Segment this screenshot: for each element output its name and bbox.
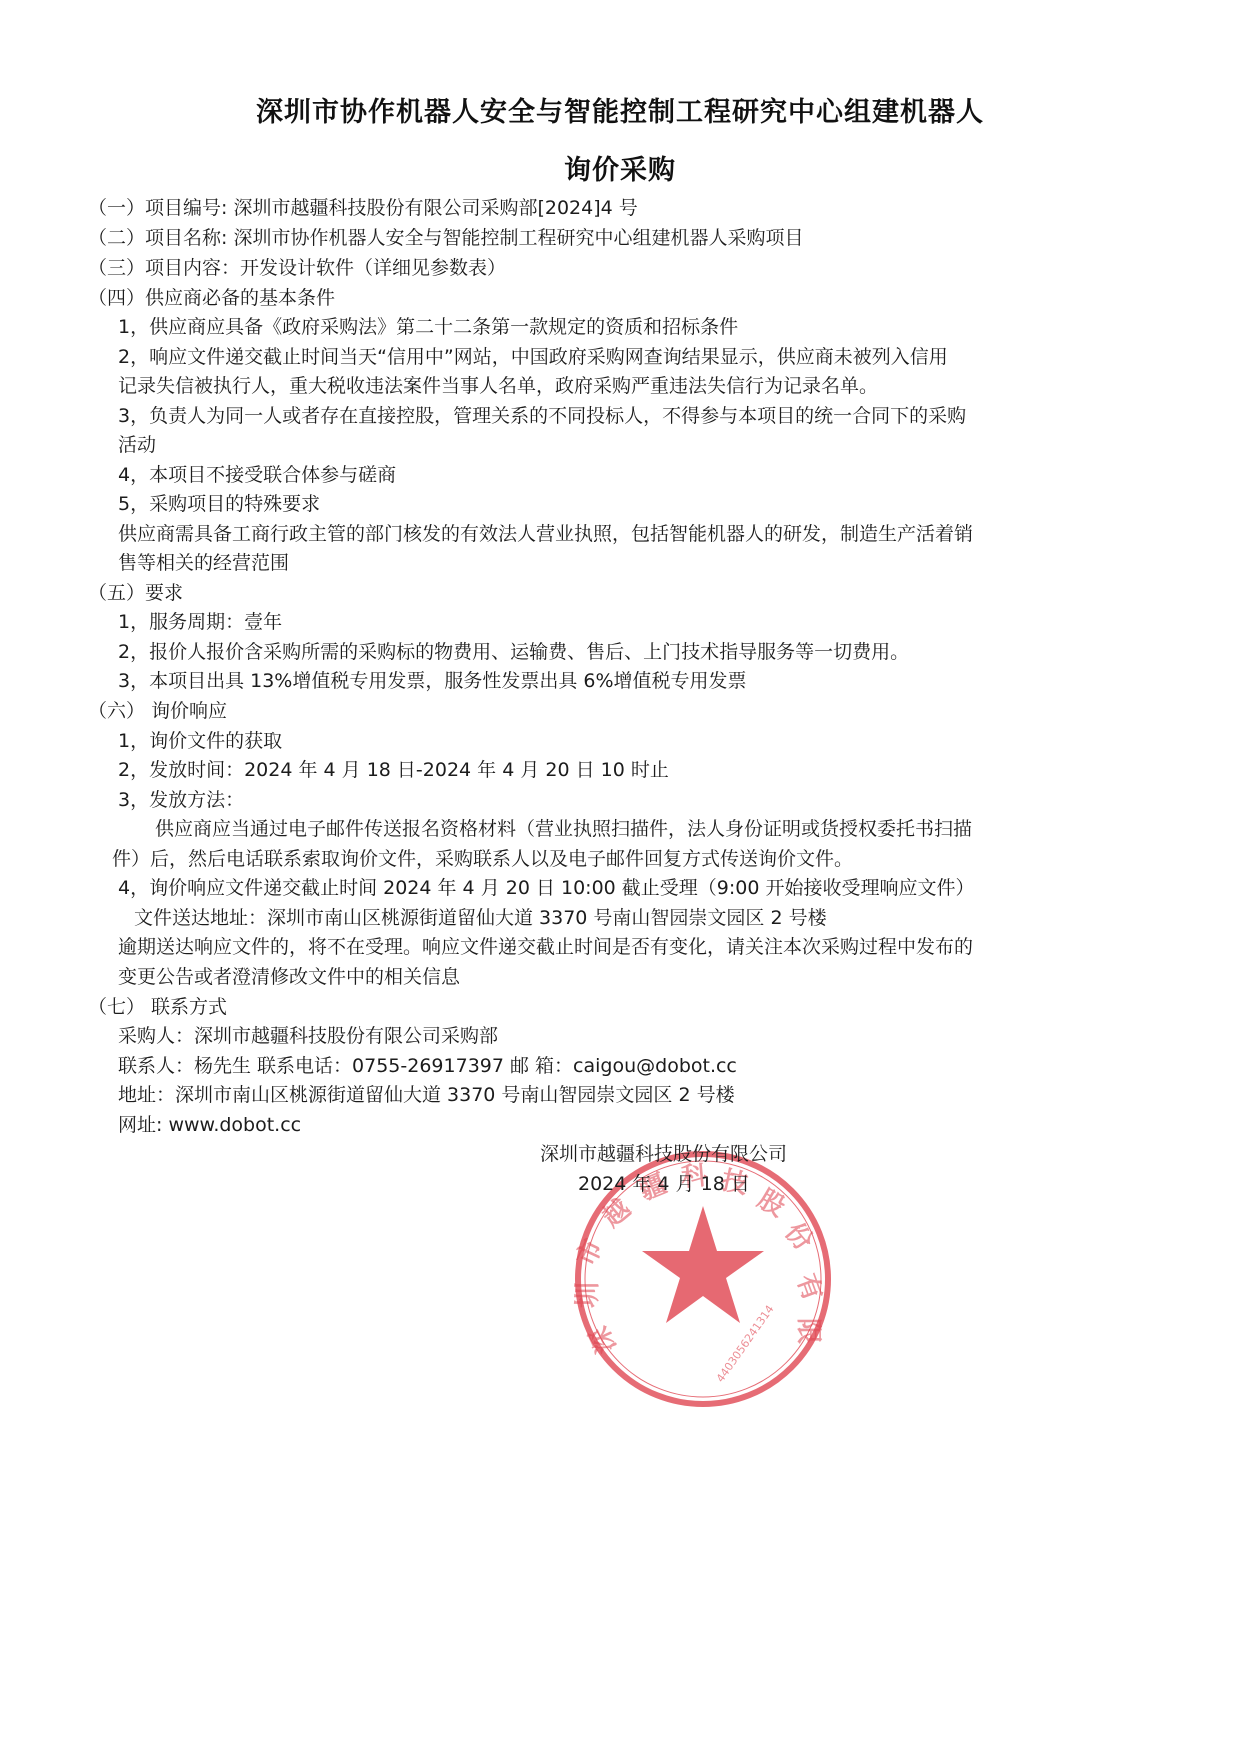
condition-2-line2: 记录失信被执行人，重大税收违法案件当事人名单，政府采购严重违法失信行为记录名单。 <box>118 372 878 400</box>
response-3-detail-line2: 件）后，然后电话联系索取询价文件，采购联系人以及电子邮件回复方式传送询价文件。 <box>112 845 853 873</box>
section-project-content: （三）项目内容：开发设计软件（详细见参数表） <box>88 254 506 282</box>
section-requirements: （五）要求 <box>88 579 183 607</box>
response-2: 2，发放时间：2024 年 4 月 18 日-2024 年 4 月 20 日 1… <box>118 756 669 784</box>
section-supplier-conditions: （四）供应商必备的基本条件 <box>88 284 335 312</box>
response-3-detail-line1: 供应商应当通过电子邮件传送报名资格材料（营业执照扫描件，法人身份证明或货授权委托… <box>155 815 972 843</box>
section-inquiry-response: （六） 询价响应 <box>88 697 227 725</box>
requirement-2: 2，报价人报价含采购所需的采购标的物费用、运输费、售后、上门技术指导服务等一切费… <box>118 638 909 666</box>
condition-5-detail-line2: 售等相关的经营范围 <box>118 549 289 577</box>
response-4-note-line2: 变更公告或者澄清修改文件中的相关信息 <box>118 963 460 991</box>
svg-text:圳: 圳 <box>573 1282 603 1308</box>
signature-company: 深圳市越疆科技股份有限公司 <box>540 1140 787 1168</box>
section-contact: （七） 联系方式 <box>88 993 227 1021</box>
response-3: 3，发放方法： <box>118 786 244 814</box>
svg-text:4403056241314: 4403056241314 <box>714 1303 777 1385</box>
document-title-line1: 深圳市协作机器人安全与智能控制工程研究中心组建机器人 <box>0 90 1240 129</box>
response-4-address: 文件送达地址：深圳市南山区桃源街道留仙大道 3370 号南山智园崇文园区 2 号… <box>134 904 827 932</box>
response-4: 4，询价响应文件递交截止时间 2024 年 4 月 20 日 10:00 截止受… <box>118 874 975 902</box>
condition-1: 1，供应商应具备《政府采购法》第二十二条第一款规定的资质和招标条件 <box>118 313 738 341</box>
condition-5-detail-line1: 供应商需具备工商行政主管的部门核发的有效法人营业执照，包括智能机器人的研发，制造… <box>118 520 973 548</box>
contact-address: 地址：深圳市南山区桃源街道留仙大道 3370 号南山智园崇文园区 2 号楼 <box>118 1081 735 1109</box>
svg-text:股: 股 <box>753 1184 791 1223</box>
condition-5: 5，采购项目的特殊要求 <box>118 490 320 518</box>
response-4-note-line1: 逾期送达响应文件的，将不在受理。响应文件递交截止时间是否有变化，请关注本次采购过… <box>118 933 973 961</box>
svg-text:限: 限 <box>793 1318 823 1344</box>
requirement-3: 3，本项目出具 13%增值税专用发票，服务性发票出具 6%增值税专用发票 <box>118 667 747 695</box>
condition-3-line1: 3，负责人为同一人或者存在直接控股，管理关系的不同投标人，不得参与本项目的统一合… <box>118 402 966 430</box>
section-project-number: （一）项目编号: 深圳市越疆科技股份有限公司采购部[2024]4 号 <box>88 194 638 222</box>
document-title-line2: 询价采购 <box>0 148 1240 187</box>
contact-buyer: 采购人：深圳市越疆科技股份有限公司采购部 <box>118 1022 498 1050</box>
response-1: 1，询价文件的获取 <box>118 727 282 755</box>
condition-4: 4，本项目不接受联合体参与磋商 <box>118 461 396 489</box>
contact-person-phone-email: 联系人：杨先生 联系电话：0755-26917397 邮 箱：caigou@do… <box>118 1052 737 1080</box>
condition-3-line2: 活动 <box>118 431 156 459</box>
requirement-1: 1，服务周期：壹年 <box>118 608 282 636</box>
contact-website: 网址: www.dobot.cc <box>118 1111 301 1139</box>
section-project-name: （二）项目名称: 深圳市协作机器人安全与智能控制工程研究中心组建机器人采购项目 <box>88 224 803 252</box>
condition-2-line1: 2，响应文件递交截止时间当天“信用中”网站，中国政府采购网查询结果显示，供应商未… <box>118 343 948 371</box>
svg-text:有: 有 <box>790 1270 827 1305</box>
signature-date: 2024 年 4 月 18 日 <box>578 1170 750 1198</box>
